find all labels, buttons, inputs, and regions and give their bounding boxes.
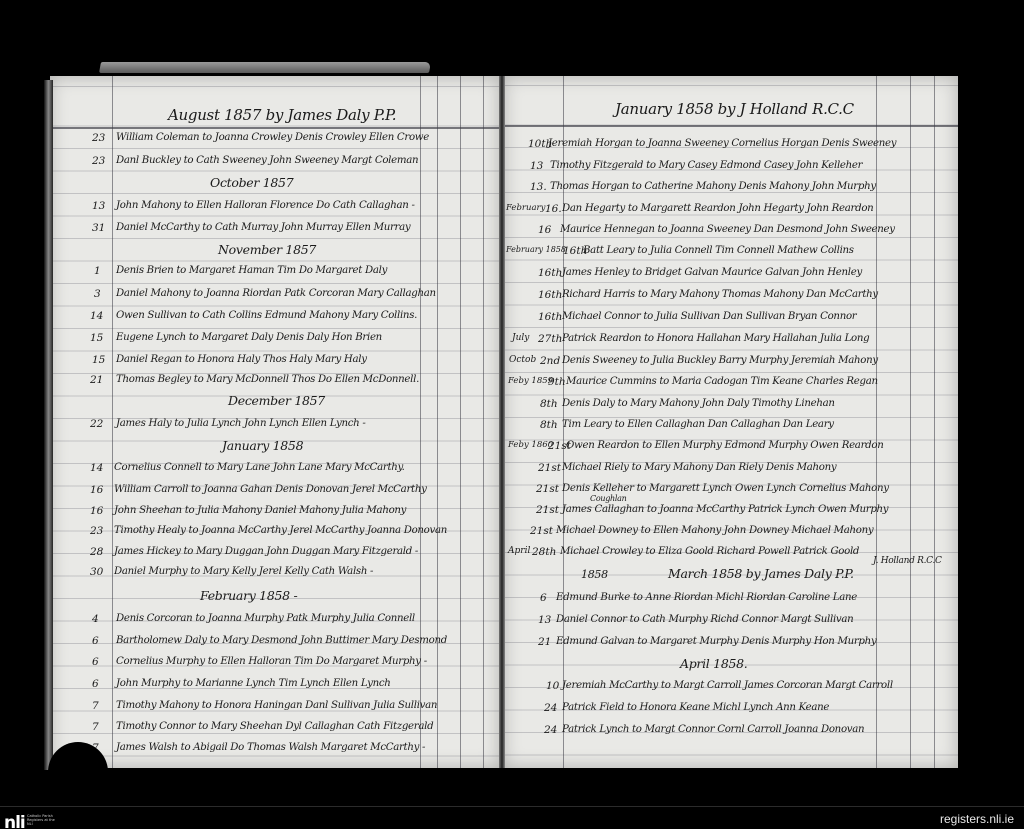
entry-day: 8th	[540, 419, 558, 431]
entry-text: Daniel Mahony to Joanna Riordan Patk Cor…	[116, 288, 436, 299]
entry-text: Michael Connor to Julia Sullivan Dan Sul…	[562, 311, 856, 322]
entry-text: Danl Buckley to Cath Sweeney John Sweene…	[116, 155, 418, 166]
entry-text: Maurice Cummins to Maria Cadogan Tim Kea…	[566, 376, 878, 387]
entry-text: James Hickey to Mary Duggan John Duggan …	[114, 546, 418, 557]
entry-day: 6	[92, 635, 99, 647]
page-gutter	[499, 76, 505, 768]
entry-text: Cornelius Connell to Mary Lane John Lane…	[114, 462, 405, 473]
entry-text: Timothy Healy to Joanna McCarthy Jerel M…	[114, 525, 447, 536]
entry-text: James Callaghan to Joanna McCarthy Patri…	[562, 504, 888, 515]
entry-text: Denis Brien to Margaret Haman Tim Do Mar…	[116, 265, 387, 276]
month-heading: November 1857	[218, 242, 316, 257]
entry-text: Edmund Burke to Anne Riordan Michl Riord…	[556, 592, 857, 603]
entry-margin-note: Octob	[509, 355, 536, 365]
entry-text: James Henley to Bridget Galvan Maurice G…	[562, 267, 862, 278]
entry-day: 28th	[532, 546, 556, 558]
entry-text: John Murphy to Marianne Lynch Tim Lynch …	[116, 678, 391, 689]
holland-signature: J. Holland R.C.C	[873, 556, 942, 566]
column-rule	[876, 76, 877, 768]
entry-margin-note: April	[508, 546, 530, 556]
site-link[interactable]: registers.nli.ie	[940, 812, 1014, 826]
column-rule	[437, 76, 438, 768]
date-column-rule	[112, 76, 113, 768]
entry-text: Dan Hegarty to Margarett Reardon John He…	[562, 203, 873, 214]
entry-text: Owen Sullivan to Cath Collins Edmund Mah…	[116, 310, 417, 321]
entry-text: Timothy Connor to Mary Sheehan Dyl Calla…	[116, 721, 433, 732]
entry-day: 23	[92, 155, 105, 167]
nli-logo-caption: Catholic Parish Registers at the NLI	[27, 814, 57, 826]
entry-day: 22	[90, 418, 103, 430]
entry-text: Richard Harris to Mary Mahony Thomas Mah…	[562, 289, 878, 300]
entry-text: Michael Riely to Mary Mahony Dan Riely D…	[562, 462, 836, 473]
entry-day: 2nd	[540, 355, 560, 367]
book-edge	[99, 62, 431, 73]
entry-text: Bartholomew Daly to Mary Desmond John Bu…	[116, 635, 447, 646]
entry-text: Denis Daly to Mary Mahony John Daly Timo…	[562, 398, 835, 409]
entry-text: James Walsh to Abigail Do Thomas Walsh M…	[116, 742, 425, 753]
entry-day: 16.	[545, 203, 562, 215]
entry-text: Maurice Hennegan to Joanna Sweeney Dan D…	[560, 224, 895, 235]
entry-day: 1	[94, 265, 101, 277]
entry-text: John Sheehan to Julia Mahony Daniel Maho…	[114, 505, 406, 516]
document-viewer: August 1857 by James Daly P.P. 23 Willia…	[0, 0, 1024, 829]
column-rule	[483, 76, 484, 768]
month-heading: March 1858 by James Daly P.P.	[668, 566, 854, 581]
entry-day: 16th	[538, 289, 562, 301]
entry-text: Batt Leary to Julia Connell Tim Connell …	[583, 245, 854, 256]
entry-insertion: Coughlan	[590, 494, 626, 503]
entry-day: 8th	[540, 398, 558, 410]
entry-text: Eugene Lynch to Margaret Daly Denis Daly…	[116, 332, 382, 343]
entry-margin-note: Feby 1859	[508, 376, 553, 386]
entry-text: Cornelius Murphy to Ellen Halloran Tim D…	[116, 656, 427, 667]
page-heading: January 1858 by J Holland R.C.C	[615, 100, 854, 118]
left-page: August 1857 by James Daly P.P. 23 Willia…	[50, 76, 500, 768]
entry-text: Thomas Horgan to Catherine Mahony Denis …	[550, 181, 876, 192]
heading-rule	[50, 127, 500, 129]
entry-day: 15	[90, 332, 103, 344]
entry-day: 24	[544, 724, 557, 736]
entry-day: 21	[90, 374, 103, 386]
month-heading: December 1857	[228, 393, 325, 408]
entry-day: 16	[90, 484, 103, 496]
column-rule	[910, 76, 911, 768]
entry-text: Michael Crowley to Eliza Goold Richard P…	[560, 546, 859, 557]
entry-day: 27th	[538, 333, 562, 345]
entry-day: 24	[544, 702, 557, 714]
entry-text: Patrick Lynch to Margt Connor Cornl Carr…	[562, 724, 864, 735]
entry-day: 21st	[536, 483, 559, 495]
entry-day: 21st	[530, 525, 553, 537]
entry-day: 7	[92, 700, 99, 712]
side-note: 1858	[581, 568, 608, 581]
entry-day: 14	[90, 310, 103, 322]
entry-day: 13	[538, 614, 551, 626]
column-rule	[460, 76, 461, 768]
entry-margin-note: February 1858	[506, 245, 566, 254]
entry-text: Daniel Connor to Cath Murphy Richd Conno…	[556, 614, 853, 625]
entry-day: 21st	[536, 504, 559, 516]
entry-day: 31	[92, 222, 105, 234]
entry-text: John Mahony to Ellen Halloran Florence D…	[116, 200, 415, 211]
entry-text: James Haly to Julia Lynch John Lynch Ell…	[116, 418, 366, 429]
entry-margin-note: July	[512, 333, 529, 343]
month-heading: January 1858	[222, 438, 303, 453]
entry-day: 4	[92, 613, 99, 625]
entry-text: William Coleman to Joanna Crowley Denis …	[116, 132, 429, 143]
entry-text: Owen Reardon to Ellen Murphy Edmond Murp…	[566, 440, 883, 451]
entry-day: 13	[92, 200, 105, 212]
entry-day: 21	[538, 636, 551, 648]
entry-day: 9th	[548, 376, 566, 388]
entry-day: 6	[92, 656, 99, 668]
entry-day: 16th	[538, 267, 562, 279]
entry-text: Denis Sweeney to Julia Buckley Barry Mur…	[562, 355, 878, 366]
entry-text: Timothy Fitzgerald to Mary Casey Edmond …	[550, 160, 862, 171]
month-heading: April 1858.	[680, 656, 747, 671]
entry-margin-note: Feby 1860	[508, 440, 553, 450]
entry-day: 3	[94, 288, 101, 300]
entry-day: 13	[530, 160, 543, 172]
entry-day: 16	[90, 505, 103, 517]
entry-text: Patrick Reardon to Honora Hallahan Mary …	[562, 333, 869, 344]
entry-text: Daniel Murphy to Mary Kelly Jerel Kelly …	[114, 566, 373, 577]
entry-day: 28	[90, 546, 103, 558]
entry-text: Daniel McCarthy to Cath Murray John Murr…	[116, 222, 410, 233]
entry-margin-note: February	[506, 203, 545, 213]
entry-text: Edmund Galvan to Margaret Murphy Denis M…	[556, 636, 876, 647]
entry-day: 21st	[538, 462, 561, 474]
book-spine	[44, 80, 53, 770]
entry-text: Daniel Regan to Honora Haly Thos Haly Ma…	[116, 354, 367, 365]
entry-day: 7	[92, 721, 99, 733]
entry-day: 16	[538, 224, 551, 236]
entry-day: 16th	[538, 311, 562, 323]
entry-text: Tim Leary to Ellen Callaghan Dan Callagh…	[562, 419, 834, 430]
entry-day: 6	[92, 678, 99, 690]
entry-day: 14	[90, 462, 103, 474]
month-heading: October 1857	[210, 175, 293, 190]
month-heading: February 1858 -	[200, 588, 297, 603]
page-heading: August 1857 by James Daly P.P.	[168, 106, 396, 124]
entry-day: 10	[546, 680, 559, 692]
column-rule	[934, 76, 935, 768]
entry-text: Timothy Mahony to Honora Haningan Danl S…	[116, 700, 437, 711]
entry-text: Denis Kelleher to Margarett Lynch Owen L…	[562, 483, 889, 494]
entry-day: 30	[90, 566, 103, 578]
entry-text: Jeremiah McCarthy to Margt Carroll James…	[562, 680, 893, 691]
entry-text: Jeremiah Horgan to Joanna Sweeney Cornel…	[548, 138, 896, 149]
entry-text: Michael Downey to Ellen Mahony John Down…	[556, 525, 873, 536]
entry-text: Thomas Begley to Mary McDonnell Thos Do …	[116, 374, 419, 385]
footer-divider	[0, 806, 1024, 807]
entry-day: 23	[90, 525, 103, 537]
entry-day: 15	[92, 354, 105, 366]
entry-day: 6	[540, 592, 547, 604]
entry-day: 13.	[530, 181, 547, 193]
entry-text: Denis Corcoran to Joanna Murphy Patk Mur…	[116, 613, 415, 624]
nli-logo[interactable]: nli	[4, 813, 25, 829]
entry-text: William Carroll to Joanna Gahan Denis Do…	[114, 484, 427, 495]
entry-day: 23	[92, 132, 105, 144]
entry-text: Patrick Field to Honora Keane Michl Lync…	[562, 702, 829, 713]
heading-rule	[503, 125, 958, 127]
